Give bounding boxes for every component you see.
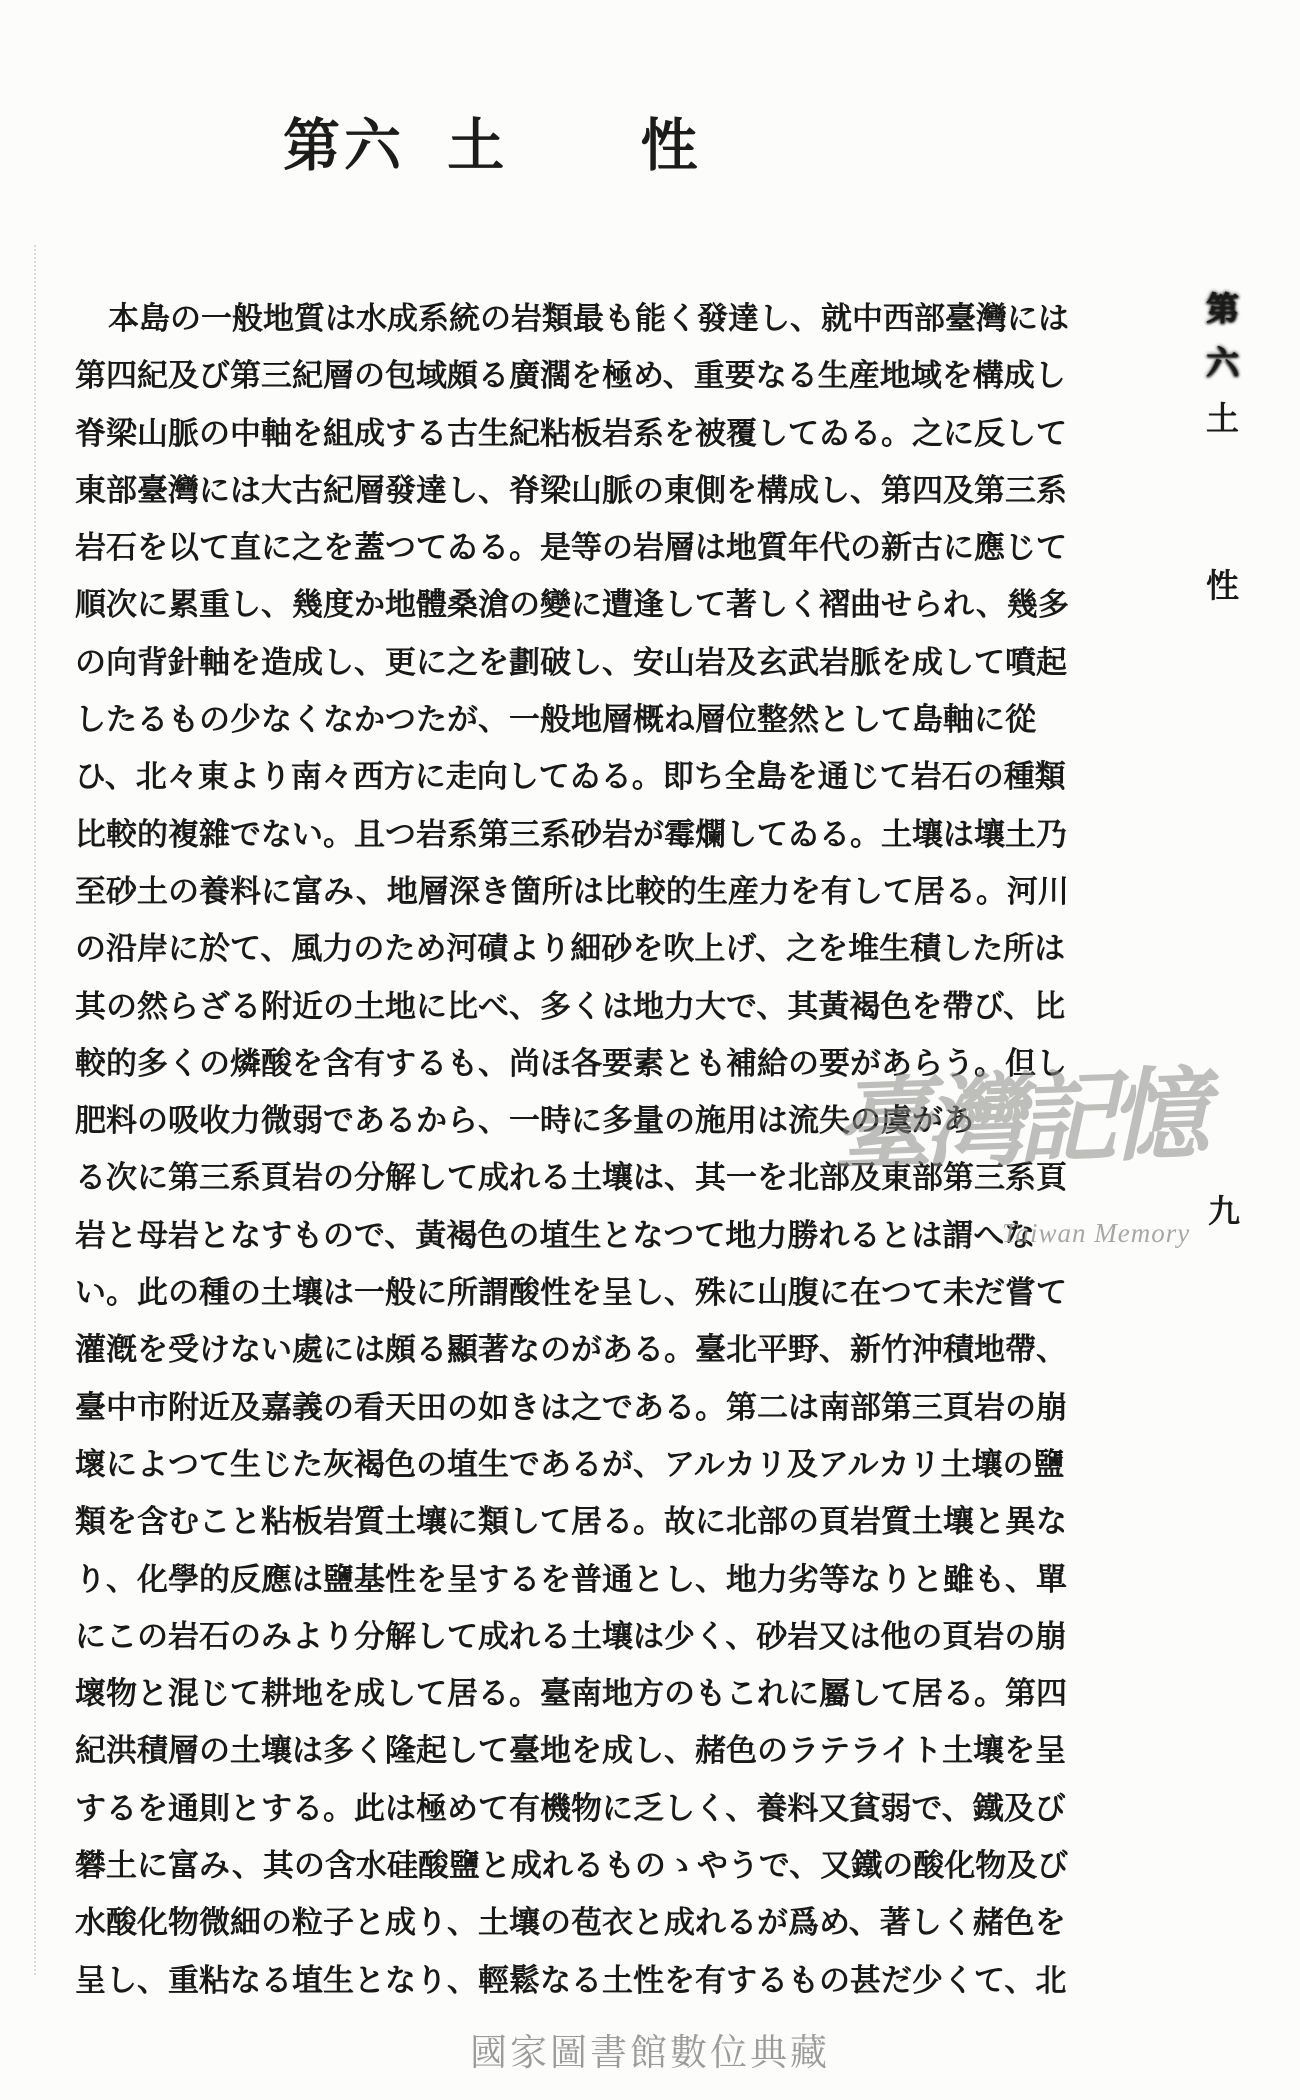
text-line: 脊梁山脈の中軸を組成する古生紀粘板岩系を被覆してゐる。之に反して [75,409,935,466]
text-line: 類を含むこと粘板岩質土壤に類して居る。故に北部の頁岩質土壤と異な [75,1497,935,1554]
chapter-number: 第六 [283,115,405,178]
scanned-document-page: 第六 土 性 本島の一般地質は水成系統の岩類最も能く發達し、就中西部臺灣には 第… [0,0,1300,2100]
chapter-title: 第六 土 性 [283,100,702,182]
watermark-text: 臺灣記憶 [830,1034,1203,1191]
text-line: の沿岸に於て、風力のため河磧より細砂を吹上げ、之を堆生積した所は [75,924,935,981]
text-line: 礬土に富み、其の含水硅酸鹽と成れるものゝやうで、又鐵の酸化物及び [75,1841,935,1898]
text-line: したるもの少なくなかつたが、一般地層概ね層位整然として島軸に從 [75,695,935,752]
text-line: 東部臺灣には大古紀層發達し、脊梁山脈の東側を構成し、第四及第三系 [75,466,935,523]
text-line: 第四紀及び第三紀層の包域頗る廣濶を極め、重要なる生産地域を構成し [75,351,935,408]
text-line: 水酸化物微細の粒子と成り、土壤の苞衣と成れるが爲め、著しく赭色を [75,1898,935,1955]
text-line: る次に第三系頁岩の分解して成れる土壤は、其一を北部及東部第三系頁 [75,1153,935,1210]
text-line: り、化學的反應は鹽基性を呈するを普通とし、地力劣等なりと雖も、單 [75,1555,935,1612]
margin-chapter-char: 土 [1206,393,1239,440]
text-line: 本島の一般地質は水成系統の岩類最も能く發達し、就中西部臺灣には [75,294,935,351]
scan-artifact-line [34,245,36,1975]
text-line: ひ、北々東より南々西方に走向してゐる。即ち全島を通じて岩石の種類 [75,752,935,809]
text-line: 肥料の吸收力微弱であるから、一時に多量の施用は流失の虞があ [75,1096,935,1153]
margin-chapter-char: 六 [1206,337,1239,384]
text-line: 岩と母岩となすもので、黃褐色の埴生となつて地力勝れるとは謂へな [75,1211,935,1268]
title-char-nature: 性 [641,115,702,178]
text-line: 比較的複雜でない。且つ岩系第三系砂岩が霉爛してゐる。土壤は壤土乃 [75,810,935,867]
text-line: 至砂土の養料に富み、地層深き箇所は比較的生産力を有して居る。河川 [75,867,935,924]
text-line: 岩石を以て直に之を蓋つてゐる。是等の岩層は地質年代の新古に應じて [75,523,935,580]
text-line: 其の然らざる附近の土地に比べ、多くは地力大で、其黃褐色を帶び、比 [75,982,935,1039]
text-line: い。此の種の土壤は一般に所謂酸性を呈し、殊に山腹に在つて未だ嘗て [75,1268,935,1325]
text-line: 較的多くの燐酸を含有するも、尚ほ各要素とも補給の要があらう。但し [75,1039,935,1096]
title-char-soil: 土 [447,115,508,178]
margin-chapter-char: 性 [1206,560,1239,607]
text-line: 壞物と混じて耕地を成して居る。臺南地方のもこれに屬して居る。第四 [75,1669,935,1726]
archive-caption: 國家圖書館數位典藏 [470,2022,830,2076]
text-line: 灌漑を受けない處には頗る顯著なのがある。臺北平野、新竹沖積地帶、 [75,1325,935,1382]
text-line: の向背針軸を造成し、更に之を劃破し、安山岩及玄武岩脈を成して噴起 [75,638,935,695]
text-line: 順次に累重し、幾度か地體桑滄の變に遭逢して著しく褶曲せられ、幾多 [75,580,935,637]
margin-chapter-char: 第 [1206,283,1239,330]
margin-page-number: 九 [1208,1186,1240,1232]
text-line: 壞によつて生じた灰褐色の埴生であるが、アルカリ及アルカリ土壤の鹽 [75,1440,935,1497]
text-line: 呈し、重粘なる埴生となり、輕鬆なる土性を有するもの甚だ少くて、北 [75,1956,935,2013]
text-line: 臺中市附近及嘉義の看天田の如きは之である。第二は南部第三頁岩の崩 [75,1383,935,1440]
watermark-subtext: Taiwan Memory [1002,1218,1190,1249]
text-line: するを通則とする。此は極めて有機物に乏しく、養料又貧弱で、鐵及び [75,1784,935,1841]
text-line: にこの岩石のみより分解して成れる土壤は少く、砂岩又は他の頁岩の崩 [75,1612,935,1669]
text-line: 紀洪積層の土壤は多く隆起して臺地を成し、赭色のラテライト土壤を呈 [75,1726,935,1783]
body-text: 本島の一般地質は水成系統の岩類最も能く發達し、就中西部臺灣には 第四紀及び第三紀… [75,294,935,2013]
